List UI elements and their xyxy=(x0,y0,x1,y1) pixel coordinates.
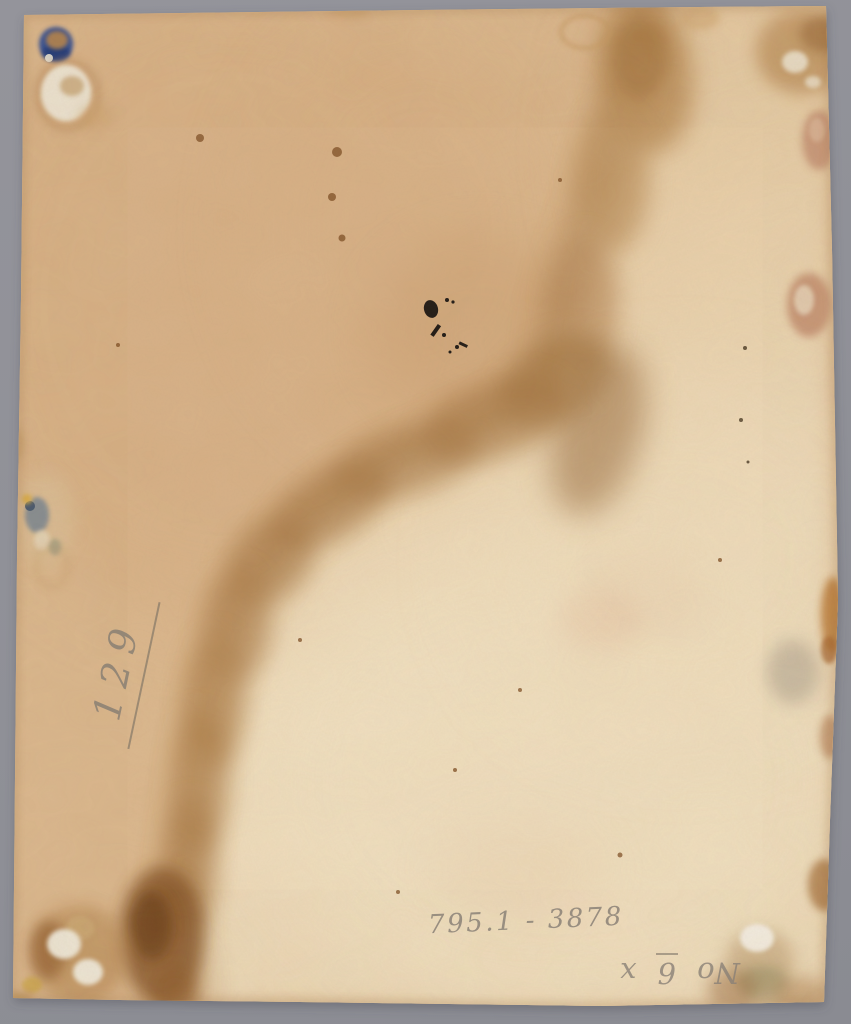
paper-sheet xyxy=(0,0,851,1024)
inscription-no6-upside-down: No 6 x xyxy=(610,944,750,990)
no6-number: 6 xyxy=(656,953,678,990)
no6-suffix: x xyxy=(620,956,636,990)
photo-of-paper-verso: 129 795.1 - 3878 No 6 x xyxy=(0,0,851,1024)
no6-word: No xyxy=(697,956,740,990)
